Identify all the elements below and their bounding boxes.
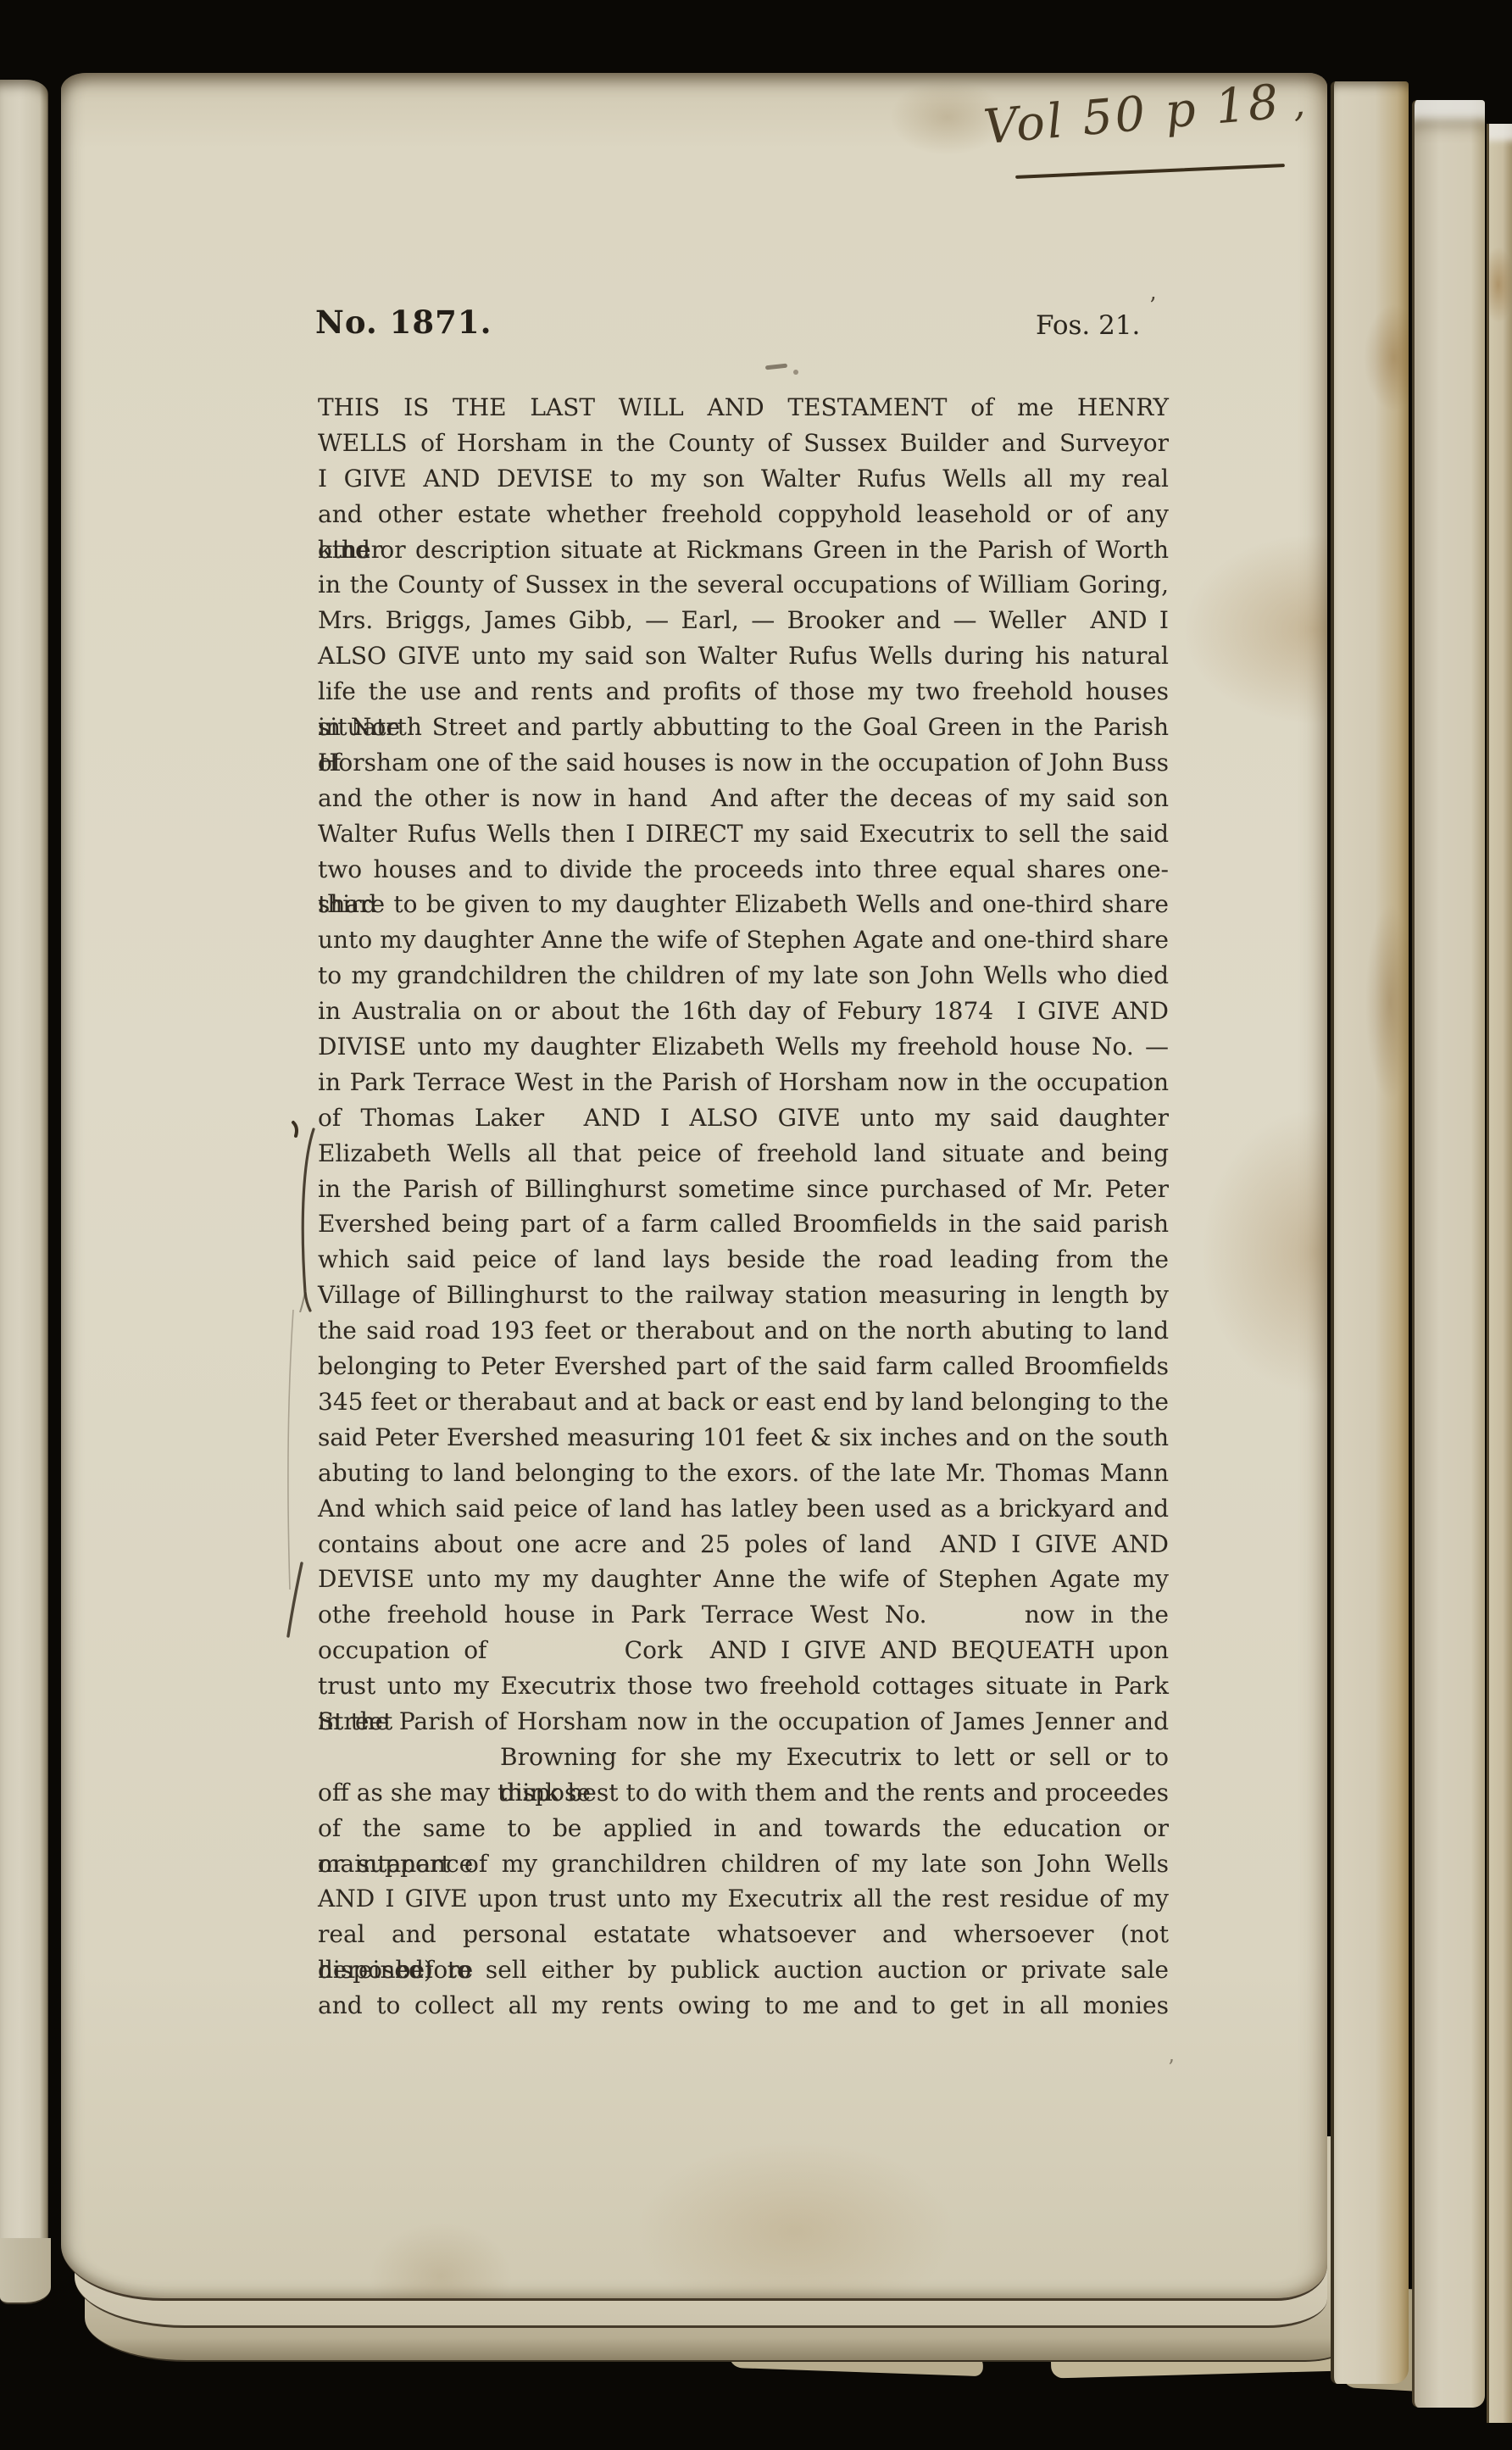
will-text-line: real and personal estatate whatsoever an… xyxy=(318,1917,1169,1952)
will-text-line: Horsham one of the said houses is now in… xyxy=(318,745,1169,781)
will-text-line: contains about one acre and 25 poles of … xyxy=(318,1527,1169,1562)
fore-edge-pages xyxy=(1331,81,1409,2384)
will-text-line: Village of Billinghurst to the railway s… xyxy=(318,1278,1169,1313)
will-text-line: And which said peice of land has latley … xyxy=(318,1491,1169,1527)
will-text-line: life the use and rents and profits of th… xyxy=(318,674,1169,710)
will-text-line: of Thomas Laker AND I ALSO GIVE unto my … xyxy=(318,1100,1169,1136)
will-text-line: Walter Rufus Wells then I DIRECT my said… xyxy=(318,816,1169,852)
will-text-line: unto my daughter Anne the wife of Stephe… xyxy=(318,922,1169,958)
will-text-line: DEVISE unto my my daughter Anne the wife… xyxy=(318,1562,1169,1597)
document-number: No. 1871. xyxy=(315,303,492,341)
margin-stroke-mark xyxy=(283,1562,309,1638)
will-text-line: in North Street and partly abbutting to … xyxy=(318,710,1169,745)
will-text-line: ALSO GIVE unto my said son Walter Rufus … xyxy=(318,638,1169,674)
will-text-line: share to be given to my daughter Elizabe… xyxy=(318,887,1169,922)
will-text-line: AND I GIVE upon trust unto my Executrix … xyxy=(318,1881,1169,1917)
will-text-line: disposed) to sell either by publick auct… xyxy=(318,1952,1169,1988)
will-text-line: two houses and to divide the proceeds in… xyxy=(318,852,1169,888)
ink-tick-mark: ’ xyxy=(1149,293,1156,319)
will-text-line: of the same to be applied in and towards… xyxy=(318,1811,1169,1846)
will-text-line: the said road 193 feet or therabout and … xyxy=(318,1313,1169,1349)
will-text-line: DIVISE unto my daughter Elizabeth Wells … xyxy=(318,1029,1169,1065)
will-text-line: in the County of Sussex in the several o… xyxy=(318,567,1169,603)
margin-faint-line xyxy=(280,1310,305,1590)
ink-tick-mark: ’ xyxy=(1168,2056,1175,2080)
will-text-line: in the Parish of Horsham now in the occu… xyxy=(318,1704,1169,1740)
folio-number: Fos. 21. xyxy=(1036,310,1140,341)
margin-bracket-mark xyxy=(285,1117,324,1312)
will-text-line: othe freehold house in Park Terrace West… xyxy=(318,1597,1169,1633)
fore-edge-pages xyxy=(1487,124,1512,2423)
will-text-line: in the Parish of Billinghurst sometime s… xyxy=(318,1172,1169,1207)
will-text-line: WELLS of Horsham in the County of Sussex… xyxy=(318,426,1169,461)
will-body: THIS IS THE LAST WILL AND TESTAMENT of m… xyxy=(318,390,1169,2024)
will-text-line: Elizabeth Wells all that peice of freeho… xyxy=(318,1136,1169,1172)
annotation-comma: , xyxy=(1279,81,1309,127)
will-text-line: Mrs. Briggs, James Gibb, — Earl, — Brook… xyxy=(318,603,1169,638)
ink-smudge-dot xyxy=(793,370,798,375)
will-text-line: abuting to land belonging to the exors. … xyxy=(318,1456,1169,1491)
will-text-line: Evershed being part of a farm called Bro… xyxy=(318,1206,1169,1242)
will-text-line: off as she may think best to do with the… xyxy=(318,1775,1169,1811)
will-text-line: I GIVE AND DEVISE to my son Walter Rufus… xyxy=(318,461,1169,497)
will-text-line: occupation of Cork AND I GIVE AND BEQUEA… xyxy=(318,1633,1169,1668)
will-text-line: Browning for she my Executrix to lett or… xyxy=(318,1740,1169,1775)
will-text-line: THIS IS THE LAST WILL AND TESTAMENT of m… xyxy=(318,390,1169,426)
opposite-page-under-edge xyxy=(0,2238,51,2304)
will-text-line: which said peice of land lays beside the… xyxy=(318,1242,1169,1278)
will-text-line: in Park Terrace West in the Parish of Ho… xyxy=(318,1065,1169,1100)
will-text-line: and other estate whether freehold coppyh… xyxy=(318,497,1169,532)
will-text-line: belonging to Peter Evershed part of the … xyxy=(318,1349,1169,1384)
will-text-line: kind or description situate at Rickmans … xyxy=(318,532,1169,568)
will-text-line: and to collect all my rents owing to me … xyxy=(318,1988,1169,2024)
book-photograph: Vol 50 p 18, No. 1871. Fos. 21. ’ THIS I… xyxy=(0,0,1512,2450)
opposite-page-sliver xyxy=(0,80,48,2280)
will-text-line: to my grandchildren the children of my l… xyxy=(318,958,1169,994)
will-text-line: trust unto my Executrix those two freeho… xyxy=(318,1668,1169,1704)
will-text-line: said Peter Evershed measuring 101 feet &… xyxy=(318,1420,1169,1456)
torn-page-edge xyxy=(729,2346,984,2376)
fore-edge-pages xyxy=(1412,100,1485,2408)
will-text-line: and the other is now in hand And after t… xyxy=(318,781,1169,816)
will-text-line: 345 feet or therabaut and at back or eas… xyxy=(318,1384,1169,1420)
will-text-line: or support of my granchildren children o… xyxy=(318,1846,1169,1882)
will-text-line: in Australia on or about the 16th day of… xyxy=(318,994,1169,1029)
